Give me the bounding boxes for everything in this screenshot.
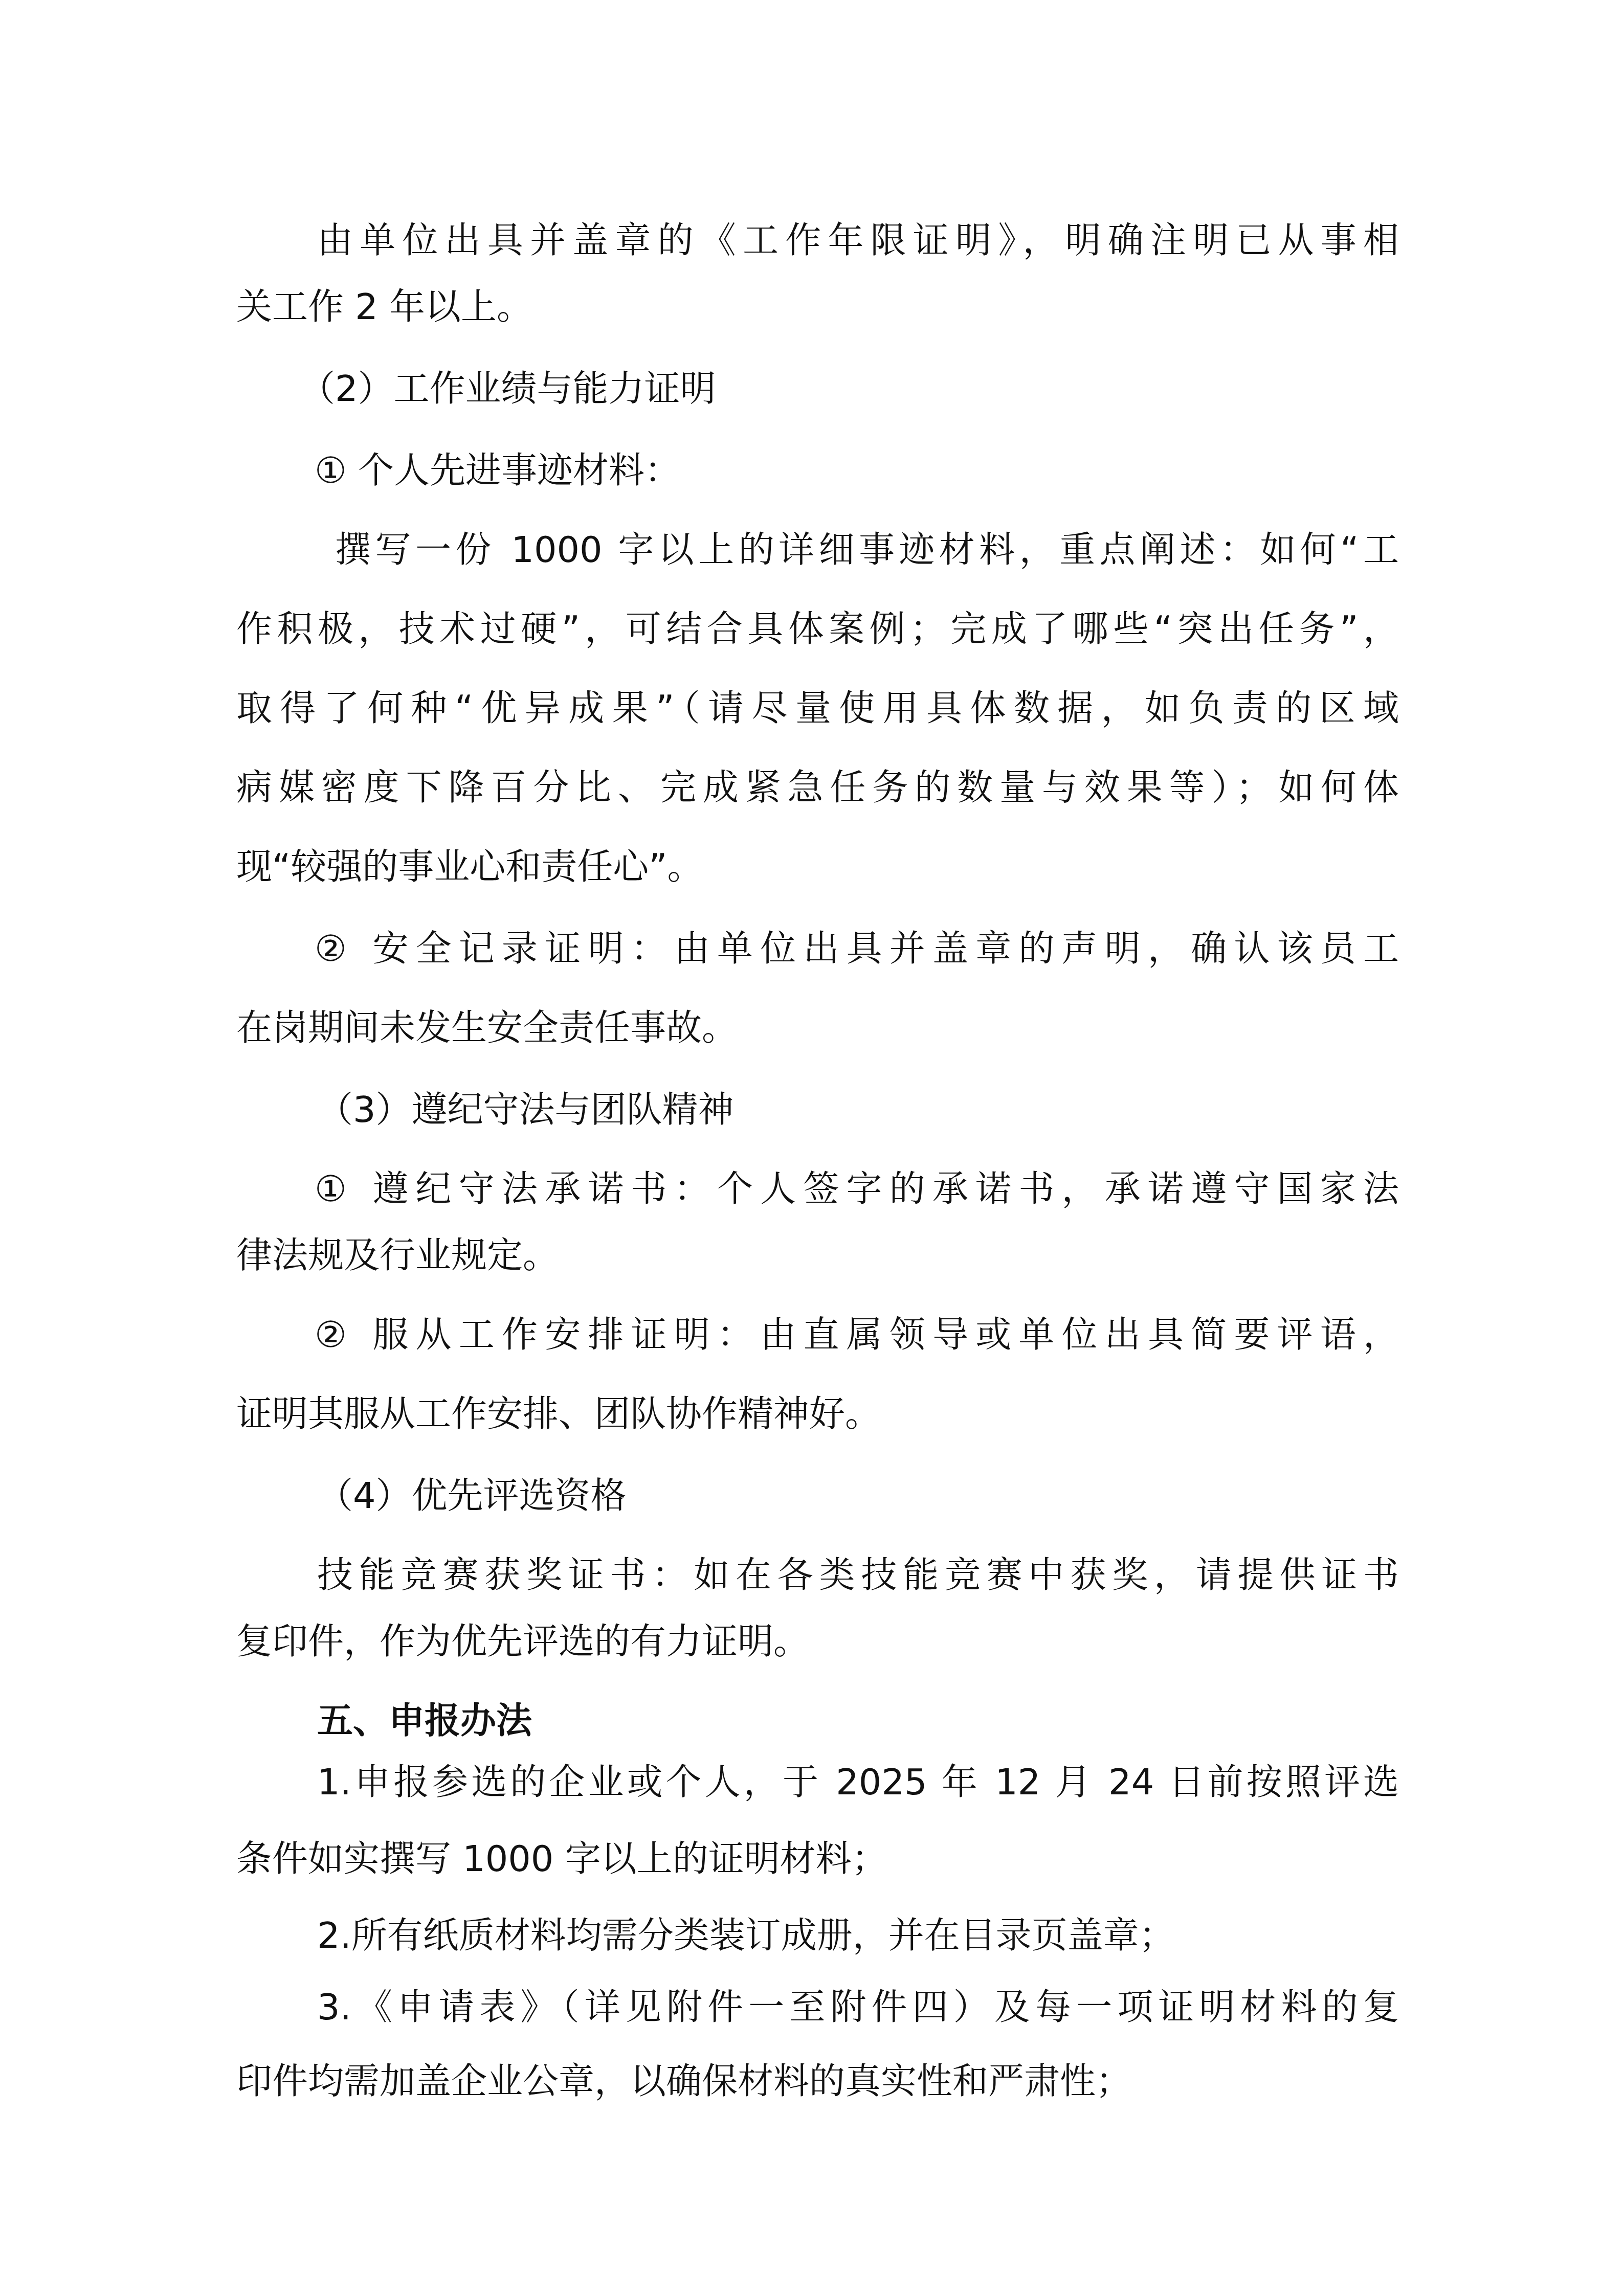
paragraph-achievements-line-1: 撰写一份 1000 字以上的详细事迹材料，重点阐述：如何“工 <box>335 527 1399 573</box>
item-law-pledge-line-2: 律法规及行业规定。 <box>236 1232 559 1278</box>
item-law-pledge-line-1: ① 遵纪守法承诺书：个人签字的承诺书，承诺遵守国家法 <box>315 1166 1399 1212</box>
rule-3-line-2: 印件均需加盖企业公章，以确保材料的真实性和严肃性； <box>236 2058 1131 2104</box>
paragraph-skill-certificate-line-2: 复印件，作为优先评选的有力证明。 <box>236 1618 809 1664</box>
section-heading-application-method: 五、申报办法 <box>317 1698 532 1744</box>
rule-3-line-1: 3.《申请表》（详见附件一至附件四）及每一项证明材料的复 <box>317 1984 1399 2030</box>
item-personal-achievements: ① 个人先进事迹材料： <box>315 447 680 493</box>
item-obedience-proof-line-2: 证明其服从工作安排、团队协作精神好。 <box>236 1391 881 1437</box>
rule-1-line-1: 1.申报参选的企业或个人，于 2025 年 12 月 24 日前按照评选 <box>317 1759 1399 1805</box>
rule-2: 2.所有纸质材料均需分类装订成册，并在目录页盖章； <box>317 1912 1175 1959</box>
paragraph-achievements-line-3: 取得了何种“优异成果”（请尽量使用具体数据，如负责的区域 <box>236 685 1399 731</box>
item-safety-record-line-2: 在岗期间未发生安全责任事故。 <box>236 1005 738 1051</box>
paragraph-work-years-line-1: 由单位出具并盖章的《工作年限证明》，明确注明已从事相 <box>317 217 1399 263</box>
rule-1-line-2: 条件如实撰写 1000 字以上的证明材料； <box>236 1836 887 1882</box>
subheading-discipline-teamwork: （3）遵纪守法与团队精神 <box>317 1087 734 1133</box>
paragraph-work-years-line-2: 关工作 2 年以上。 <box>236 284 532 330</box>
paragraph-achievements-line-2: 作积极，技术过硬”，可结合具体案例；完成了哪些“突出任务”， <box>236 606 1399 652</box>
subheading-performance-proof: （2）工作业绩与能力证明 <box>299 366 716 412</box>
paragraph-achievements-line-4: 病媒密度下降百分比、完成紧急任务的数量与效果等）；如何体 <box>236 764 1399 811</box>
subheading-priority-qualification: （4）优先评选资格 <box>317 1473 627 1519</box>
paragraph-skill-certificate-line-1: 技能竞赛获奖证书：如在各类技能竞赛中获奖，请提供证书 <box>317 1552 1399 1598</box>
paragraph-achievements-line-5: 现“较强的事业心和责任心”。 <box>236 844 703 890</box>
item-obedience-proof-line-1: ② 服从工作安排证明：由直属领导或单位出具简要评语， <box>315 1312 1399 1358</box>
item-safety-record-line-1: ② 安全记录证明：由单位出具并盖章的声明，确认该员工 <box>315 926 1399 972</box>
document-page: 由单位出具并盖章的《工作年限证明》，明确注明已从事相 关工作 2 年以上。 （2… <box>0 0 1624 2296</box>
